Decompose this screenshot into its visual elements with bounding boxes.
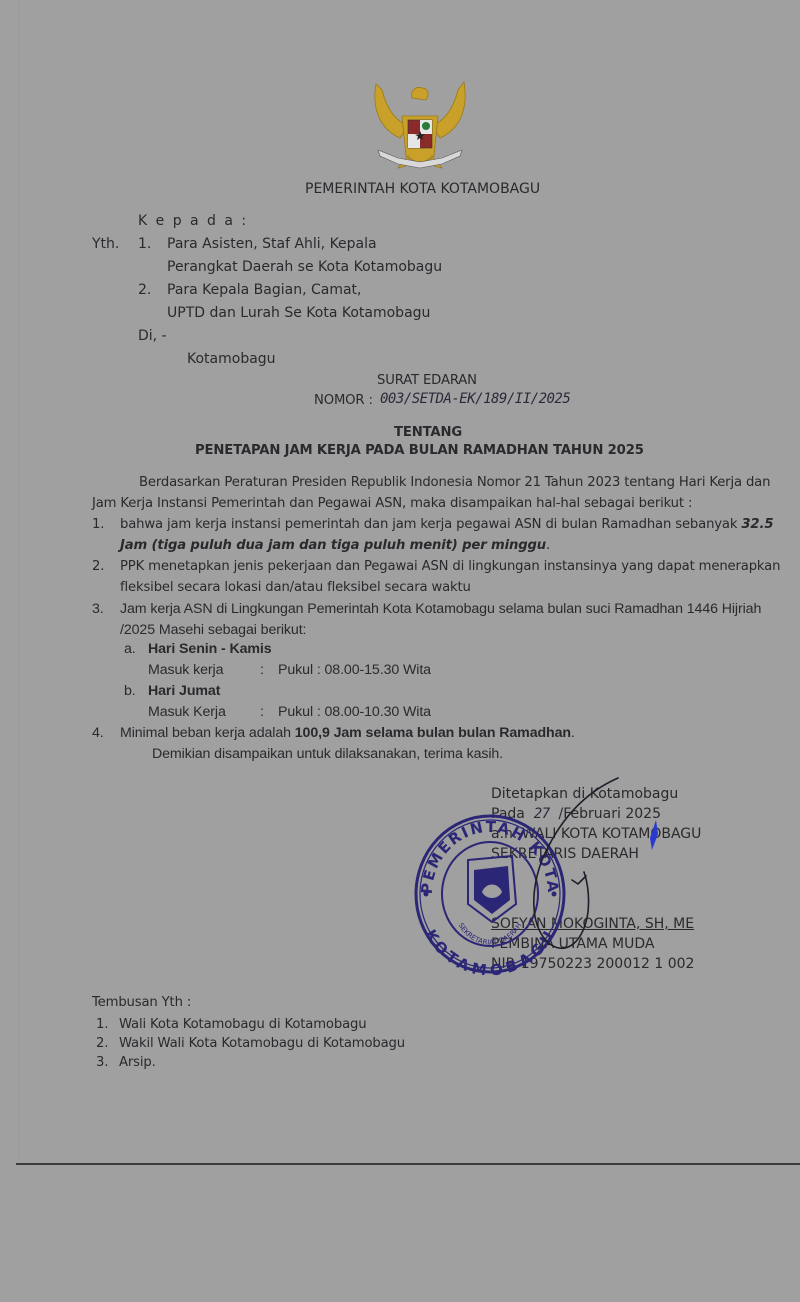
schedule-b-sep: : <box>260 704 264 720</box>
addressee-1-line1: Para Asisten, Staf Ahli, Kepala <box>167 236 377 252</box>
page-bottom-rule <box>16 1163 800 1165</box>
nomor-label: NOMOR : <box>314 393 373 408</box>
point-2-line1: PPK menetapkan jenis pekerjaan dan Pegaw… <box>120 559 780 574</box>
schedule-b-label: Masuk Kerja <box>148 704 226 720</box>
schedule-a-time: Pukul : 08.00-15.30 Wita <box>278 662 431 678</box>
tentang-label: TENTANG <box>394 425 462 440</box>
page-edge <box>18 0 19 1165</box>
kepada-label: K e p a d a : <box>138 213 248 229</box>
addressee-2-num: 2. <box>138 282 151 298</box>
copy-1-text: Wali Kota Kotamobagu di Kotamobagu <box>119 1017 366 1032</box>
garuda-emblem-icon <box>368 76 472 172</box>
point-2-line2: fleksibel secara lokasi dan/atau fleksib… <box>120 580 471 595</box>
schedule-a-day: Hari Senin - Kamis <box>148 641 272 657</box>
copy-1-num: 1. <box>96 1017 108 1032</box>
point-1-line1: bahwa jam kerja instansi pemerintah dan … <box>120 517 773 532</box>
signature-icon <box>500 772 680 972</box>
schedule-b-letter: b. <box>124 683 136 699</box>
letter-type: SURAT EDARAN <box>377 373 477 388</box>
schedule-a-label: Masuk kerja <box>148 662 223 678</box>
point-1-num: 1. <box>92 517 104 532</box>
addressee-1-num: 1. <box>138 236 151 252</box>
addressee-2-line2: UPTD dan Lurah Se Kota Kotamobagu <box>167 305 430 321</box>
addressee-2-line1: Para Kepala Bagian, Camat, <box>167 282 361 298</box>
point-3-num: 3. <box>92 601 104 617</box>
point-3-line1: Jam kerja ASN di Lingkungan Pemerintah K… <box>120 601 761 617</box>
letter-subject: PENETAPAN JAM KERJA PADA BULAN RAMADHAN … <box>195 443 644 458</box>
yth-label: Yth. <box>92 236 119 252</box>
point-4-line1: Minimal beban kerja adalah 100,9 Jam sel… <box>120 725 575 741</box>
point-4-num: 4. <box>92 725 104 741</box>
schedule-a-letter: a. <box>124 641 136 657</box>
copy-3-num: 3. <box>96 1055 108 1070</box>
institution-name: PEMERINTAH KOTA KOTAMOBAGU <box>305 181 540 197</box>
copies-label: Tembusan Yth : <box>92 995 191 1010</box>
nomor-value: 003/SETDA-EK/189/II/2025 <box>380 391 570 407</box>
point-1-line2: Jam (tiga puluh dua jam dan tiga puluh m… <box>120 538 550 553</box>
schedule-b-day: Hari Jumat <box>148 683 220 699</box>
copy-3-text: Arsip. <box>119 1055 156 1070</box>
point-2-num: 2. <box>92 559 104 574</box>
addressee-1-line2: Perangkat Daerah se Kota Kotamobagu <box>167 259 442 275</box>
di-label: Di, - <box>138 328 167 344</box>
copy-2-num: 2. <box>96 1036 108 1051</box>
closing-text: Demikian disampaikan untuk dilaksanakan,… <box>152 746 503 762</box>
intro-line1: Berdasarkan Peraturan Presiden Republik … <box>139 475 770 490</box>
schedule-b-time: Pukul : 08.00-10.30 Wita <box>278 704 431 720</box>
copy-2-text: Wakil Wali Kota Kotamobagu di Kotamobagu <box>119 1036 405 1051</box>
intro-line2: Jam Kerja Instansi Pemerintah dan Pegawa… <box>92 496 692 511</box>
point-3-line2: /2025 Masehi sebagai berikut: <box>120 622 306 638</box>
schedule-a-sep: : <box>260 662 264 678</box>
addressee-place: Kotamobagu <box>187 351 276 367</box>
